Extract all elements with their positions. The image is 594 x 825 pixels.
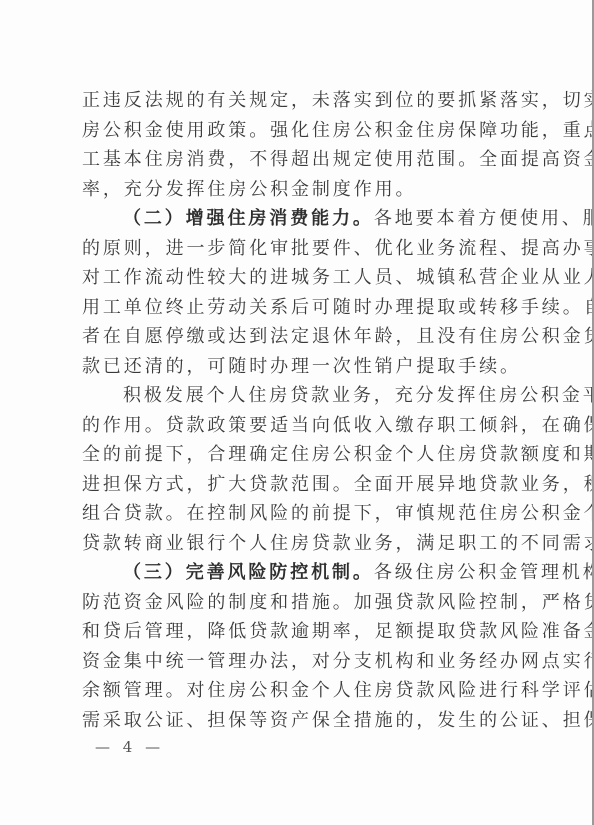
text-line: 用工单位终止劳动关系后可随时办理提取或转移手续。自主缴存 — [82, 293, 524, 323]
page-number: — 4 — — [95, 738, 164, 756]
text-fragment: 各地要本着方便使用、服务职工 — [374, 208, 594, 229]
text-line: （三）完善风险防控机制。各级住房公积金管理机构要完善 — [82, 558, 524, 588]
paragraph-continuation: 正违反法规的有关规定，未落实到位的要抓紧落实，切实规范住 房公积金使用政策。强化… — [82, 86, 524, 204]
text-line: 全的前提下，合理确定住房公积金个人住房贷款额度和期限，改 — [82, 440, 524, 470]
text-line: 者在自愿停缴或达到法定退休年龄，且没有住房公积金贷款或贷 — [82, 322, 524, 352]
loan-paragraph: 积极发展个人住房贷款业务，充分发挥住房公积金平存低贷 的作用。贷款政策要适当向低… — [82, 381, 524, 558]
document-body: 正违反法规的有关规定，未落实到位的要抓紧落实，切实规范住 房公积金使用政策。强化… — [82, 86, 524, 735]
text-line: 组合贷款。在控制风险的前提下，审慎规范住房公积金个人住房 — [82, 499, 524, 529]
text-line: 需采取公证、担保等资产保全措施的，发生的公证、担保费用由 — [82, 706, 524, 736]
text-line: 积极发展个人住房贷款业务，充分发挥住房公积金平存低贷 — [82, 381, 524, 411]
text-line: 进担保方式，扩大贷款范围。全面开展异地贷款业务，积极拓展 — [82, 470, 524, 500]
text-line: （二）增强住房消费能力。各地要本着方便使用、服务职工 — [82, 204, 524, 234]
section-2-paragraph: （二）增强住房消费能力。各地要本着方便使用、服务职工 的原则，进一步简化审批要件… — [82, 204, 524, 381]
text-fragment: 各级住房公积金管理机构要完善 — [374, 562, 594, 583]
text-line: 的原则，进一步简化审批要件、优化业务流程、提高办事效率。 — [82, 234, 524, 264]
text-line: 工基本住房消费，不得超出规定使用范围。全面提高资金使用效 — [82, 145, 524, 175]
text-line: 正违反法规的有关规定，未落实到位的要抓紧落实，切实规范住 — [82, 86, 524, 116]
section-heading-3: （三）完善风险防控机制。 — [123, 562, 374, 583]
section-heading-2: （二）增强住房消费能力。 — [123, 208, 374, 229]
text-line: 贷款转商业银行个人住房贷款业务，满足职工的不同需求。 — [82, 529, 524, 559]
text-line: 余额管理。对住房公积金个人住房贷款风险进行科学评估后，确 — [82, 676, 524, 706]
text-line: 款已还清的，可随时办理一次性销户提取手续。 — [82, 352, 524, 382]
text-line: 资金集中统一管理办法，对分支机构和业务经办网点实行资金零 — [82, 647, 524, 677]
section-3-paragraph: （三）完善风险防控机制。各级住房公积金管理机构要完善 防范资金风险的制度和措施。… — [82, 558, 524, 735]
text-line: 房公积金使用政策。强化住房公积金住房保障功能，重点支持职 — [82, 116, 524, 146]
text-line: 和贷后管理，降低贷款逾期率，足额提取贷款风险准备金。完善 — [82, 617, 524, 647]
document-page: 正违反法规的有关规定，未落实到位的要抓紧落实，切实规范住 房公积金使用政策。强化… — [0, 0, 592, 825]
text-line: 对工作流动性较大的进城务工人员、城镇私营企业从业人员，与 — [82, 263, 524, 293]
text-line: 率，充分发挥住房公积金制度作用。 — [82, 175, 524, 205]
text-line: 防范资金风险的制度和措施。加强贷款风险控制，严格贷前审查 — [82, 588, 524, 618]
text-line: 的作用。贷款政策要适当向低收入缴存职工倾斜，在确保资金安 — [82, 411, 524, 441]
